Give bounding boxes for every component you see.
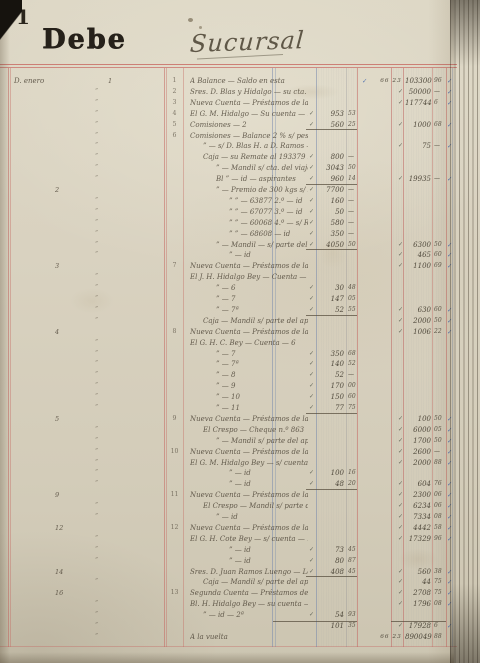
ledger-row: 1212Nueva Cuenta — Préstamos de la Guarn… bbox=[0, 523, 480, 534]
sub-amount: 101 bbox=[316, 621, 344, 632]
sub-amount: 150 bbox=[316, 392, 344, 403]
sub-amount-cents: — bbox=[348, 185, 354, 196]
tick-mark-icon: ✓ bbox=[398, 490, 403, 501]
entry-description: A la vuelta bbox=[190, 632, 308, 643]
entry-description: El G. M. Hidalgo Bey — s/ cuenta — 10 bbox=[190, 458, 308, 469]
sub-amount: 350 bbox=[316, 229, 344, 240]
ledger-row: D. enero11A Balance — Saldo en esta✓66 2… bbox=[0, 76, 480, 87]
date-ditto-mark: ” bbox=[95, 621, 98, 632]
sub-amount-cents: — bbox=[348, 370, 354, 381]
ledger-row: ”” — Mandil s/ parte del apunte✓170050✓ bbox=[0, 436, 480, 447]
ledger-row: ”” — 8✓52— bbox=[0, 370, 480, 381]
main-amount: 1796 bbox=[405, 599, 431, 610]
ledger-row: ”El G. H. Cote Bey — s/ cuenta — 12✓1732… bbox=[0, 534, 480, 545]
entry-number: 12 bbox=[168, 523, 181, 534]
entry-description: Nueva Cuenta — Préstamos de la Guarnició… bbox=[190, 261, 308, 272]
sub-amount-cents: — bbox=[348, 196, 354, 207]
date-ditto-mark: ” bbox=[95, 196, 98, 207]
ledger-row: ”” — 11✓7775 bbox=[0, 403, 480, 414]
sub-amount-cents: 16 bbox=[348, 468, 356, 479]
ledger-row: 14Sres. D. Juan Ramos Luengo — Letra al … bbox=[0, 567, 480, 578]
tick-mark-icon: ✓ bbox=[398, 479, 403, 490]
ledger-row: ”” — 7✓35068 bbox=[0, 349, 480, 360]
date-ditto-mark: ” bbox=[95, 163, 98, 174]
entry-description: ” ” — 63877 2.º — id bbox=[229, 196, 308, 207]
ledger-row: ”” — id — 2ª✓5493 bbox=[0, 610, 480, 621]
main-amount: 75 bbox=[405, 141, 431, 152]
sub-amount-cents: 50 bbox=[348, 163, 356, 174]
entry-description: ” — id bbox=[216, 512, 308, 523]
entry-description: El G. H. Cote Bey — s/ cuenta — 12 bbox=[190, 534, 308, 545]
row-day: 2 bbox=[55, 185, 59, 196]
entry-number: 3 bbox=[168, 98, 181, 109]
date-ditto-mark: ” bbox=[95, 229, 98, 240]
main-amount-cents: 60 bbox=[434, 305, 442, 316]
main-amount-cents: 05 bbox=[434, 425, 442, 436]
entry-number: 11 bbox=[168, 490, 181, 501]
ledger-row: 48Nueva Cuenta — Préstamos de la Guarnic… bbox=[0, 327, 480, 338]
ledger-row: 911Nueva Cuenta — Préstamos de la Guarni… bbox=[0, 490, 480, 501]
entry-description: Nueva Cuenta — Préstamos de la Guarnició… bbox=[190, 98, 308, 109]
entry-description: Nueva Cuenta — Préstamos de la Guarnició… bbox=[190, 327, 308, 338]
main-amount-cents: 38 bbox=[434, 567, 442, 578]
main-amount-cents: 08 bbox=[434, 512, 442, 523]
date-ditto-mark: ” bbox=[95, 577, 98, 588]
ledger-row: ”” — 7ª✓5255✓63060✓ bbox=[0, 305, 480, 316]
ledger-row: ”Bl ” — id — aspirantes✓96014✓19935—✓ bbox=[0, 174, 480, 185]
main-amount-cents: — bbox=[434, 87, 440, 98]
entry-number: 13 bbox=[168, 588, 181, 599]
main-amount-cents: 08 bbox=[434, 599, 442, 610]
tick-mark-icon: ✓ bbox=[309, 283, 314, 294]
folio-reference: 66 23 bbox=[380, 632, 402, 643]
ledger-row: ”A la vuelta66 2389004988 bbox=[0, 632, 480, 643]
sub-amount: 3043 bbox=[316, 163, 344, 174]
sub-amount: 350 bbox=[316, 349, 344, 360]
main-amount: 17928 bbox=[405, 621, 431, 632]
row-day: 4 bbox=[55, 327, 59, 338]
entry-number: 1 bbox=[168, 76, 181, 87]
tick-mark-icon: ✓ bbox=[309, 218, 314, 229]
tick-mark-icon: ✓ bbox=[398, 425, 403, 436]
subtotal-rule bbox=[273, 621, 357, 622]
ledger-row: 2” — Premio de 300 kgs s/ Bbl y Bbl B.º✓… bbox=[0, 185, 480, 196]
tick-mark-icon: ✓ bbox=[309, 359, 314, 370]
tick-mark-icon: ✓ bbox=[398, 174, 403, 185]
main-amount: 6000 bbox=[405, 425, 431, 436]
main-amount: 2000 bbox=[405, 458, 431, 469]
entry-description: Caja — su Remate al 193379 9.º Bbl y 32 … bbox=[203, 152, 308, 163]
main-amount: 100 bbox=[405, 414, 431, 425]
date-ditto-mark: ” bbox=[95, 392, 98, 403]
date-ditto-mark: ” bbox=[95, 174, 98, 185]
entry-description: ” ” — 60068 4.º — s/ Rusia bbox=[229, 218, 308, 229]
entry-description: Caja — Mandil s/ parte del apunte bbox=[203, 577, 308, 588]
date-ditto-mark: ” bbox=[95, 436, 98, 447]
entry-description: Nueva Cuenta — Préstamos de la Guarnició… bbox=[190, 447, 308, 458]
ledger-row: ”El J. H. Hidalgo Bey — Cuenta — b bbox=[0, 272, 480, 283]
main-amount-cents: 6 bbox=[434, 98, 438, 109]
tick-mark-icon: ✓ bbox=[309, 370, 314, 381]
main-amount-cents: 75 bbox=[434, 588, 442, 599]
scan-corner-shadow bbox=[0, 0, 22, 60]
total-rule bbox=[391, 621, 446, 622]
date-ditto-mark: ” bbox=[95, 632, 98, 643]
main-amount-cents: 69 bbox=[434, 261, 442, 272]
ledger-row: ”” — id✓10016 bbox=[0, 468, 480, 479]
tick-mark-icon: ✓ bbox=[398, 120, 403, 131]
main-amount-cents: 22 bbox=[434, 327, 442, 338]
date-ditto-mark: ” bbox=[95, 512, 98, 523]
tick-mark-icon: ✓ bbox=[398, 436, 403, 447]
ledger-row: ”” — id✓4820✓60476✓ bbox=[0, 479, 480, 490]
main-amount: 2708 bbox=[405, 588, 431, 599]
main-amount-cents: 6 bbox=[434, 621, 438, 632]
tick-mark-icon: ✓ bbox=[398, 98, 403, 109]
tick-mark-icon: ✓ bbox=[309, 185, 314, 196]
date-ditto-mark: ” bbox=[95, 109, 98, 120]
ledger-row: ”” ” — 63877 2.º — id✓160— bbox=[0, 196, 480, 207]
tick-mark-icon: ✓ bbox=[309, 294, 314, 305]
entry-description: Bl ” — id — aspirantes bbox=[216, 174, 308, 185]
ledger-row: 37Nueva Cuenta — Préstamos de la Guarnic… bbox=[0, 261, 480, 272]
sub-amount: 50 bbox=[316, 207, 344, 218]
tick-mark-icon: ✓ bbox=[398, 621, 403, 632]
sub-amount: 160 bbox=[316, 196, 344, 207]
ledger-row: ”El G. M. Hidalgo Bey — s/ cuenta — 10✓2… bbox=[0, 458, 480, 469]
date-ditto-mark: ” bbox=[95, 545, 98, 556]
main-amount: 465 bbox=[405, 250, 431, 261]
entry-description: Nueva Cuenta — Préstamos de la Guarnició… bbox=[190, 523, 308, 534]
row-day: 16 bbox=[55, 588, 63, 599]
ledger-row: ”” ” — 67077 3.º — id✓50— bbox=[0, 207, 480, 218]
entry-description: ” — id bbox=[229, 545, 308, 556]
main-amount: 17329 bbox=[405, 534, 431, 545]
date-ditto-mark: ” bbox=[95, 534, 98, 545]
main-amount-cents: — bbox=[434, 141, 440, 152]
date-ditto-mark: ” bbox=[95, 425, 98, 436]
ledger-row: ”El G. H. C. Bey — Cuenta — 6 bbox=[0, 338, 480, 349]
date-ditto-mark: ” bbox=[95, 98, 98, 109]
row-date: D. enero bbox=[14, 76, 44, 87]
sub-amount: 54 bbox=[316, 610, 344, 621]
entry-description: ” — id — 2ª bbox=[203, 610, 308, 621]
date-ditto-mark: ” bbox=[95, 283, 98, 294]
sub-amount-cents: 48 bbox=[348, 283, 356, 294]
main-amount-cents: 88 bbox=[434, 458, 442, 469]
date-ditto-mark: ” bbox=[95, 305, 98, 316]
entry-description: ” — 6 bbox=[216, 283, 308, 294]
entry-description: ” — 7ª bbox=[216, 305, 308, 316]
row-day: 12 bbox=[55, 523, 63, 534]
ink-spot bbox=[188, 18, 193, 22]
ledger-row: ”” — Mandil — s/ parte del apunte✓405050… bbox=[0, 240, 480, 251]
sub-amount: 100 bbox=[316, 468, 344, 479]
entry-number: 6 bbox=[168, 131, 181, 142]
footer-rule bbox=[0, 646, 457, 647]
main-amount: 117744 bbox=[405, 98, 431, 109]
date-ditto-mark: ” bbox=[95, 207, 98, 218]
main-amount-cents: 50 bbox=[434, 240, 442, 251]
ink-spot bbox=[199, 26, 202, 29]
entry-description: Sres. D. Blas y Hidalgo — su cta. nueva … bbox=[190, 87, 308, 98]
entry-description: Bl. H. Hidalgo Bey — su cuenta — 2 bbox=[190, 599, 308, 610]
tick-mark-icon: ✓ bbox=[309, 152, 314, 163]
date-ditto-mark: ” bbox=[95, 294, 98, 305]
entry-description: Comisiones — 2 bbox=[190, 120, 308, 131]
header-debe-title: Debe bbox=[42, 24, 127, 55]
main-amount: 44 bbox=[405, 577, 431, 588]
entry-description: ” — 9 bbox=[216, 381, 308, 392]
sub-amount-cents: 52 bbox=[348, 359, 356, 370]
date-ditto-mark: ” bbox=[95, 370, 98, 381]
main-amount: 6300 bbox=[405, 240, 431, 251]
ledger-row: ”El Crespo — Cheque n.º 863✓600005✓ bbox=[0, 425, 480, 436]
ledger-row: ”” — 6✓3048 bbox=[0, 283, 480, 294]
main-amount: 1700 bbox=[405, 436, 431, 447]
tick-mark-icon: ✓ bbox=[309, 556, 314, 567]
entry-description: ” — id bbox=[229, 479, 308, 490]
tick-mark-icon: ✓ bbox=[309, 163, 314, 174]
ledger-row: ”6Comisiones — Balance 2 % s/ peso en fa… bbox=[0, 131, 480, 142]
main-amount-cents: 50 bbox=[434, 436, 442, 447]
entry-description: El J. H. Hidalgo Bey — Cuenta — b bbox=[190, 272, 308, 283]
ledger-row: ”” ” — 60068 4.º — s/ Rusia✓580— bbox=[0, 218, 480, 229]
ledger-row: ”10135✓179286✓ bbox=[0, 621, 480, 632]
date-ditto-mark: ” bbox=[95, 479, 98, 490]
audit-check-icon: ✓ bbox=[362, 76, 367, 87]
row-day: 14 bbox=[55, 567, 63, 578]
tick-mark-icon: ✓ bbox=[398, 141, 403, 152]
main-amount: 890049 bbox=[405, 632, 431, 643]
main-amount-cents: 96 bbox=[434, 76, 442, 87]
main-amount-cents: 60 bbox=[434, 250, 442, 261]
row-day: 9 bbox=[55, 490, 59, 501]
sub-amount: 953 bbox=[316, 109, 344, 120]
entry-description: ” — id bbox=[229, 250, 308, 261]
date-ditto-mark: ” bbox=[95, 316, 98, 327]
sub-amount-cents: 93 bbox=[348, 610, 356, 621]
tick-mark-icon: ✓ bbox=[309, 610, 314, 621]
ledger-row: 59Nueva Cuenta — Préstamos de la Guarnic… bbox=[0, 414, 480, 425]
entry-description: ” — Premio de 300 kgs s/ Bbl y Bbl B.º bbox=[216, 185, 308, 196]
ledger-row: ”5Comisiones — 2✓56025✓100068✓ bbox=[0, 120, 480, 131]
main-amount-cents: 76 bbox=[434, 479, 442, 490]
main-amount: 2000 bbox=[405, 316, 431, 327]
ledger-row: 1613Segunda Cuenta — Préstamos de la Gua… bbox=[0, 588, 480, 599]
sub-amount-cents: 00 bbox=[348, 381, 356, 392]
sub-amount: 580 bbox=[316, 218, 344, 229]
date-ditto-mark: ” bbox=[95, 349, 98, 360]
entry-number: 9 bbox=[168, 414, 181, 425]
ledger-row: ”10Nueva Cuenta — Préstamos de la Guarni… bbox=[0, 447, 480, 458]
tick-mark-icon: ✓ bbox=[398, 414, 403, 425]
tick-mark-icon: ✓ bbox=[398, 458, 403, 469]
tick-mark-icon: ✓ bbox=[309, 349, 314, 360]
tick-mark-icon: ✓ bbox=[398, 240, 403, 251]
entry-number: 7 bbox=[168, 261, 181, 272]
entry-description: El Crespo — Cheque n.º 863 bbox=[203, 425, 308, 436]
sub-amount-cents: — bbox=[348, 218, 354, 229]
tick-mark-icon: ✓ bbox=[309, 109, 314, 120]
sub-amount-cents: — bbox=[348, 207, 354, 218]
tick-mark-icon: ✓ bbox=[398, 261, 403, 272]
main-amount-cents: — bbox=[434, 174, 440, 185]
date-ditto-mark: ” bbox=[95, 359, 98, 370]
tick-mark-icon: ✓ bbox=[309, 229, 314, 240]
entry-description: El Crespo — Mandil s/ parte del apunte bbox=[203, 501, 308, 512]
tick-mark-icon: ✓ bbox=[398, 534, 403, 545]
entry-description: ” — id bbox=[229, 556, 308, 567]
main-amount-cents: 68 bbox=[434, 120, 442, 131]
entry-number: 10 bbox=[168, 447, 181, 458]
entry-description: Comisiones — Balance 2 % s/ peso en favo… bbox=[190, 131, 308, 142]
entry-description: Nueva Cuenta — Préstamos de la Guarnició… bbox=[190, 490, 308, 501]
tick-mark-icon: ✓ bbox=[398, 327, 403, 338]
entry-description: ” — 7 bbox=[216, 349, 308, 360]
tick-mark-icon: ✓ bbox=[398, 447, 403, 458]
tick-mark-icon: ✓ bbox=[398, 588, 403, 599]
header-sucursal-title: Sucursal bbox=[189, 26, 305, 58]
sub-amount: 73 bbox=[316, 545, 344, 556]
date-ditto-mark: ” bbox=[95, 120, 98, 131]
tick-mark-icon: ✓ bbox=[398, 523, 403, 534]
sub-amount-cents: 60 bbox=[348, 392, 356, 403]
ledger-row: ”” — id✓733408✓ bbox=[0, 512, 480, 523]
date-ditto-mark: ” bbox=[95, 272, 98, 283]
entry-description: A Balance — Saldo en esta bbox=[190, 76, 308, 87]
sub-amount: 80 bbox=[316, 556, 344, 567]
date-ditto-mark: ” bbox=[95, 338, 98, 349]
main-amount: 1006 bbox=[405, 327, 431, 338]
tick-mark-icon: ✓ bbox=[309, 207, 314, 218]
main-amount: 1100 bbox=[405, 261, 431, 272]
date-ditto-mark: ” bbox=[95, 556, 98, 567]
entry-description: ” — Mandil — s/ parte del apunte bbox=[216, 240, 308, 251]
main-amount: 630 bbox=[405, 305, 431, 316]
ledger-row: ”4El G. M. Hidalgo — Su cuenta — 1✓95353 bbox=[0, 109, 480, 120]
ledger-row: ”” — 7✓14705 bbox=[0, 294, 480, 305]
folio-reference: 66 23 bbox=[380, 76, 402, 87]
tick-mark-icon: ✓ bbox=[309, 468, 314, 479]
entry-description: Caja — Mandil s/ parte del apunte bbox=[203, 316, 308, 327]
entry-description: ” ” — 67077 3.º — id bbox=[229, 207, 308, 218]
tick-mark-icon: ✓ bbox=[398, 305, 403, 316]
ledger-row: ”Caja — su Remate al 193379 9.º Bbl y 32… bbox=[0, 152, 480, 163]
ledger-row: ”” — 9✓17000 bbox=[0, 381, 480, 392]
date-ditto-mark: ” bbox=[95, 501, 98, 512]
tick-mark-icon: ✓ bbox=[309, 392, 314, 403]
entry-description: ” — Mandil s/ cta. del viaje en 18.79 bbox=[216, 163, 308, 174]
date-ditto-mark: ” bbox=[95, 87, 98, 98]
entry-description: ” — s/ D. Blas H. a D. Ramos — s/ M. Std… bbox=[203, 141, 308, 152]
entry-number: 5 bbox=[168, 120, 181, 131]
sub-amount: 140 bbox=[316, 359, 344, 370]
ledger-row: ”El Crespo — Mandil s/ parte del apunte✓… bbox=[0, 501, 480, 512]
sub-amount: 170 bbox=[316, 381, 344, 392]
tick-mark-icon: ✓ bbox=[309, 196, 314, 207]
tick-mark-icon: ✓ bbox=[398, 512, 403, 523]
main-amount-cents: 06 bbox=[434, 501, 442, 512]
main-amount: 19935 bbox=[405, 174, 431, 185]
date-ditto-mark: ” bbox=[95, 403, 98, 414]
main-amount-cents: 75 bbox=[434, 577, 442, 588]
main-amount: 6234 bbox=[405, 501, 431, 512]
date-ditto-mark: ” bbox=[95, 152, 98, 163]
sub-amount: 30 bbox=[316, 283, 344, 294]
date-ditto-mark: ” bbox=[95, 599, 98, 610]
sub-amount: 7700 bbox=[316, 185, 344, 196]
entry-description: ” ” — 68608 — id bbox=[229, 229, 308, 240]
sub-amount-cents: 68 bbox=[348, 349, 356, 360]
ledger-row: ”” — id✓8087 bbox=[0, 556, 480, 567]
sub-amount-cents: 45 bbox=[348, 545, 356, 556]
sub-amount-cents: 87 bbox=[348, 556, 356, 567]
scanned-ledger-page: D. enero11A Balance — Saldo en esta✓66 2… bbox=[0, 0, 480, 663]
main-amount: 4442 bbox=[405, 523, 431, 534]
tick-mark-icon: ✓ bbox=[398, 577, 403, 588]
page-binding-edge bbox=[450, 0, 480, 663]
ledger-row: ”” — Mandil s/ cta. del viaje en 18.79✓3… bbox=[0, 163, 480, 174]
entry-description: El G. M. Hidalgo — Su cuenta — 1 bbox=[190, 109, 308, 120]
sub-amount-cents: 35 bbox=[348, 621, 356, 632]
entry-description: Segunda Cuenta — Préstamos de la Guarnic… bbox=[190, 588, 308, 599]
ledger-row: ”” — s/ D. Blas H. a D. Ramos — s/ M. St… bbox=[0, 141, 480, 152]
ledger-row: ”Caja — Mandil s/ parte del apunte✓4475✓ bbox=[0, 577, 480, 588]
entry-description: ” — id bbox=[229, 468, 308, 479]
header-rule-top bbox=[0, 64, 457, 65]
tick-mark-icon: ✓ bbox=[398, 501, 403, 512]
date-ditto-mark: ” bbox=[95, 447, 98, 458]
date-ditto-mark: ” bbox=[95, 458, 98, 469]
main-amount-cents: 06 bbox=[434, 490, 442, 501]
entry-description: ” — Mandil s/ parte del apunte bbox=[216, 436, 308, 447]
date-ditto-mark: ” bbox=[95, 250, 98, 261]
ledger-row: ”3Nueva Cuenta — Préstamos de la Guarnic… bbox=[0, 98, 480, 109]
main-amount: 560 bbox=[405, 567, 431, 578]
entry-description: El G. H. C. Bey — Cuenta — 6 bbox=[190, 338, 308, 349]
date-ditto-mark: ” bbox=[95, 141, 98, 152]
date-ditto-mark: ” bbox=[95, 131, 98, 142]
date-ditto-mark: ” bbox=[95, 610, 98, 621]
ledger-row: ”” — id✓7345 bbox=[0, 545, 480, 556]
entry-number: 8 bbox=[168, 327, 181, 338]
ledger-row: ”2Sres. D. Blas y Hidalgo — su cta. nuev… bbox=[0, 87, 480, 98]
sub-amount: 800 bbox=[316, 152, 344, 163]
ledger-row: ”” — 7ª✓14052 bbox=[0, 359, 480, 370]
ledger-row: ”” ” — 68608 — id✓350— bbox=[0, 229, 480, 240]
tick-mark-icon: ✓ bbox=[309, 381, 314, 392]
entry-description: Nueva Cuenta — Préstamos de la Guarnició… bbox=[190, 414, 308, 425]
ledger-row: ”” — 10✓15060 bbox=[0, 392, 480, 403]
entry-description: ” — 11 bbox=[216, 403, 308, 414]
header-rule-bottom bbox=[0, 67, 457, 68]
ledger-row: ”Caja — Mandil s/ parte del apunte✓20005… bbox=[0, 316, 480, 327]
ledger-row: ”Bl. H. Hidalgo Bey — su cuenta — 2✓1796… bbox=[0, 599, 480, 610]
main-amount: 604 bbox=[405, 479, 431, 490]
tick-mark-icon: ✓ bbox=[398, 316, 403, 327]
main-amount: 2600 bbox=[405, 447, 431, 458]
row-day: 3 bbox=[55, 261, 59, 272]
entry-description: ” — 8 bbox=[216, 370, 308, 381]
tick-mark-icon: ✓ bbox=[309, 545, 314, 556]
date-ditto-mark: ” bbox=[95, 240, 98, 251]
ledger-row: ”” — id✓46560✓ bbox=[0, 250, 480, 261]
main-amount-cents: 96 bbox=[434, 534, 442, 545]
tick-mark-icon: ✓ bbox=[398, 599, 403, 610]
main-amount: 7334 bbox=[405, 512, 431, 523]
sub-amount-cents: — bbox=[348, 229, 354, 240]
